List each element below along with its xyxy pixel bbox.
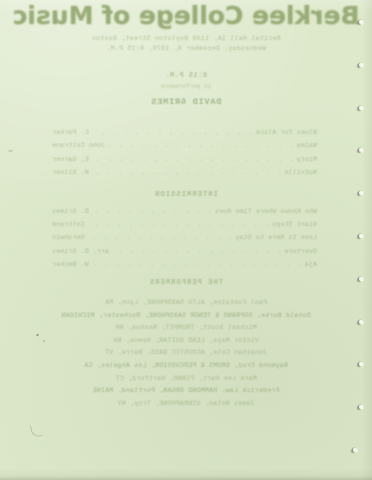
song-title: Overture	[284, 248, 317, 256]
binding-hole	[359, 106, 363, 110]
program-part-2: Who Knows Where Time Goes. . . . . . . .…	[0, 208, 372, 274]
song-title: Who Knows Where Time Goes	[215, 208, 317, 216]
composer-name: C. Parker	[52, 129, 89, 137]
composer-name: H. Silver	[52, 169, 89, 177]
dot-leader: . . . . . . . . . . . . . . . . . . . . …	[92, 208, 212, 216]
program-row: Overture. . . . . . . . . . . . . . . . …	[52, 248, 317, 261]
college-title: Berklee College of Music	[0, 3, 372, 28]
dot-leader: . . . . . . . . . . . . . . . . . . . . …	[108, 142, 294, 150]
song-title: Misty	[297, 156, 317, 164]
program-row: Who Knows Where Time Goes. . . . . . . .…	[52, 208, 317, 221]
performer-line: Paul Fontaine, ALTO SAXOPHONE, Lynn, MA	[0, 297, 372, 310]
scanned-page-sheet: Berklee College of Music Recital Hall 1A…	[0, 0, 372, 480]
composer-name: W. Becker	[52, 261, 89, 269]
program-row: Misty. . . . . . . . . . . . . . . . . .…	[52, 156, 317, 169]
dot-leader: . . . . . . . . . . . . . . . . . . . . …	[92, 169, 282, 177]
intermission-heading: INTERMISSION	[0, 191, 372, 199]
song-title: Nutville	[284, 169, 317, 177]
program-row: Giant Steps. . . . . . . . . . . . . . .…	[52, 221, 317, 234]
performer-line: Victor Mays, LEAD GUITAR, Keene, NH	[0, 335, 372, 348]
dot-leader: . . . . . . . . . . . . . . . . . . . . …	[92, 156, 294, 164]
paper-speck	[43, 340, 45, 342]
song-title: Love Is Here to Stay	[235, 234, 317, 242]
dot-leader: . . . . . . . . . . . . . . . . . . . . …	[88, 221, 269, 229]
program-row: Naima. . . . . . . . . . . . . . . . . .…	[52, 142, 317, 155]
binding-hole	[359, 234, 363, 238]
show-through-layer: Berklee College of Music Recital Hall 1A…	[0, 0, 372, 480]
binding-hole	[359, 277, 363, 281]
composer-name: Gershwin	[52, 234, 85, 242]
binding-hole	[359, 20, 363, 24]
program-row: Blues for Alice. . . . . . . . . . . . .…	[52, 129, 317, 142]
composer-name: John Coltrane	[52, 142, 105, 150]
binding-hole	[353, 448, 357, 452]
performer-line: Mark Lee Hart, PIANO, Hartford, CT	[0, 373, 372, 386]
dot-leader: . . . . . . . . . . . . . . . . . . . . …	[92, 129, 253, 137]
song-title: Blues for Alice	[256, 129, 317, 137]
song-title: Aja	[305, 261, 317, 269]
dot-leader: . . . . . . . . . . . . . . . . . . . . …	[112, 248, 281, 256]
composer-name: arr. D. Grimes	[52, 248, 109, 256]
recital-time: 8:15 P.M.	[0, 72, 372, 80]
program-row: Nutville. . . . . . . . . . . . . . . . …	[52, 169, 317, 182]
binding-hole	[359, 320, 363, 324]
address-line-1: Recital Hall 1A, 1140 Boylston Street, B…	[0, 34, 372, 44]
performer-line: James Nolan, VIBRAPHONE, Troy, NY	[0, 398, 372, 411]
binding-hole	[359, 63, 363, 67]
song-title: Giant Steps	[272, 221, 317, 229]
recital-subtitle: in performance	[0, 83, 372, 90]
program-row: Love Is Here to Stay. . . . . . . . . . …	[52, 234, 317, 247]
performer-name: DAVID GRIMES	[0, 97, 372, 107]
dot-leader: . . . . . . . . . . . . . . . . . . . . …	[88, 234, 233, 242]
address-block: Recital Hall 1A, 1140 Boylston Street, B…	[0, 34, 372, 53]
song-title: Naima	[297, 142, 317, 150]
address-line-2: Wednesday, December 8, 1976, 8:15 P.M.	[0, 44, 372, 54]
performers-heading: THE PERFORMERS	[0, 279, 372, 287]
performer-line: Frederick Law, HAMMOND ORGAN, Portland, …	[0, 385, 372, 398]
performer-line: Jonathan Cole, ACOUSTIC BASS, Barre, VT	[0, 347, 372, 360]
performer-line: Raymond Cruz, DRUMS & PERCUSSION, Los An…	[0, 360, 372, 373]
recital-header: 8:15 P.M. in performance DAVID GRIMES	[0, 72, 372, 107]
composer-name: D. Grimes	[52, 208, 89, 216]
performer-line: Donald Burke, SOPRANO & TENOR SAXOPHONE,…	[0, 310, 372, 323]
program-row: Aja. . . . . . . . . . . . . . . . . . .…	[52, 261, 317, 274]
composer-name: Coltrane	[52, 221, 85, 229]
performers-list: Paul Fontaine, ALTO SAXOPHONE, Lynn, MAD…	[0, 297, 372, 410]
dot-leader: . . . . . . . . . . . . . . . . . . . . …	[92, 261, 302, 269]
performer-line: Michael Scott, TRUMPET, Nashua, NH	[0, 322, 372, 335]
program-part-1: Blues for Alice. . . . . . . . . . . . .…	[0, 129, 372, 183]
composer-name: E. Garner	[52, 156, 89, 164]
